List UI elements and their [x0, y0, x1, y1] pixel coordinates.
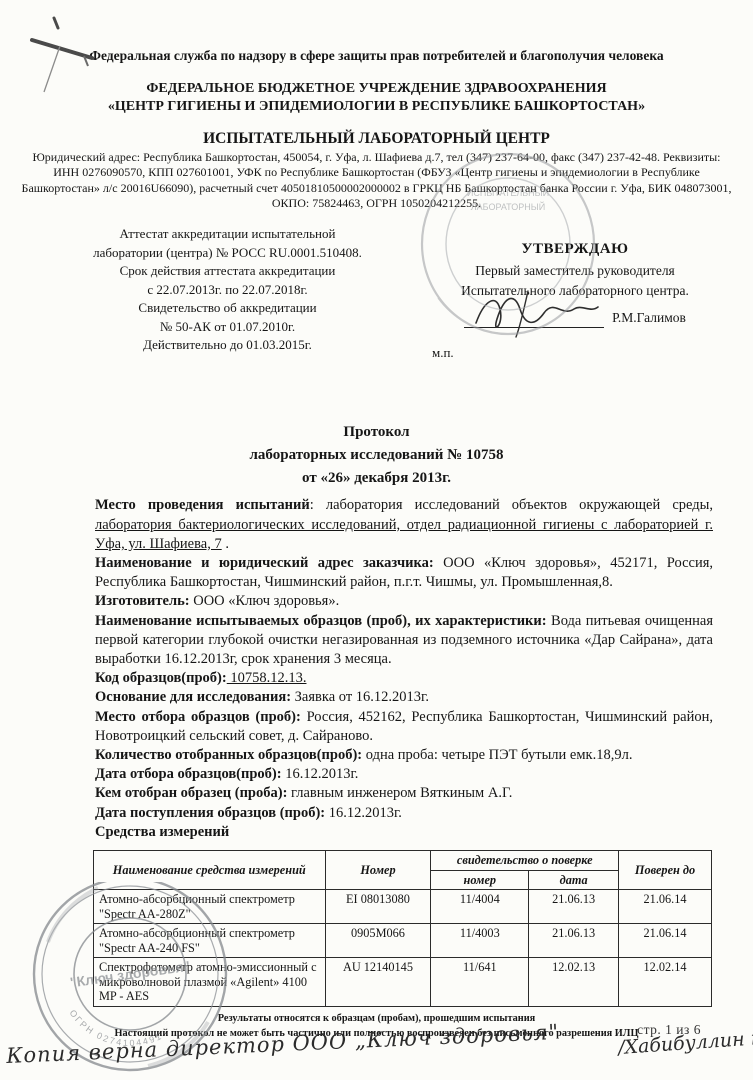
accreditation-block: Аттестат аккредитации испытательной лабо…: [55, 225, 400, 362]
field-receipt-date: Дата поступления образцов (проб): 16.12.…: [95, 804, 713, 823]
laboratory-center-name: ИСПЫТАТЕЛЬНЫЙ ЛАБОРАТОРНЫЙ ЦЕНТР: [0, 130, 753, 148]
field-sampled-by: Кем отобран образец (проба): главным инж…: [95, 784, 713, 803]
protocol-number-line: лабораторных исследований № 10758: [0, 444, 753, 467]
cell-cert-number: 11/4003: [431, 924, 529, 958]
accreditation-line: Действительно до 01.03.2015г.: [55, 336, 400, 354]
col-header-cert-date: дата: [529, 870, 619, 890]
field-manufacturer: Изготовитель: ООО «Ключ здоровья».: [95, 592, 713, 611]
director-signature-icon: [470, 283, 620, 338]
col-header-cert-number: номер: [431, 870, 529, 890]
seal-place-abbr: м.п.: [432, 344, 720, 363]
field-sample-code: Код образцов(проб): 10758.12.13.: [95, 669, 713, 688]
col-header-number: Номер: [325, 851, 431, 890]
cell-number: 0905M066: [325, 924, 431, 958]
table-header-row-1: Наименование средства измерений Номер св…: [94, 851, 712, 871]
accreditation-approval-section: Аттестат аккредитации испытательной лабо…: [0, 225, 753, 362]
cell-cert-number: 11/4004: [431, 890, 529, 924]
accreditation-line: № 50-АК от 01.07.2010г.: [55, 318, 400, 336]
field-samples-description: Наименование испытываемых образцов (проб…: [95, 612, 713, 670]
cell-cert-date: 21.06.13: [529, 890, 619, 924]
cell-number: AU 12140145: [325, 958, 431, 1007]
table-row: Спектрофотометр атомно-эмиссионный с мик…: [94, 958, 712, 1007]
col-header-cert-group: свидетельство о поверке: [431, 851, 619, 871]
protocol-title: Протокол: [0, 421, 753, 444]
protocol-body: Место проведения испытаний: лаборатория …: [95, 496, 713, 842]
instruments-heading: Средства измерений: [95, 823, 713, 842]
accreditation-line: Свидетельство об аккредитации: [55, 299, 400, 317]
approval-position-line1: Первый заместитель руководителя: [430, 261, 720, 281]
field-quantity: Количество отобранных образцов(проб): од…: [95, 746, 713, 765]
col-header-name: Наименование средства измерений: [94, 851, 326, 890]
cell-valid-until: 12.02.14: [619, 958, 712, 1007]
cell-valid-until: 21.06.14: [619, 890, 712, 924]
accreditation-line: с 22.07.2013г. по 22.07.2018г.: [55, 281, 400, 299]
table-row: Атомно-абсорбционный спектрометр "Spectr…: [94, 890, 712, 924]
col-header-valid-until: Поверен до: [619, 851, 712, 890]
field-basis: Основание для исследования: Заявка от 16…: [95, 688, 713, 707]
cell-cert-number: 11/641: [431, 958, 529, 1007]
protocol-date-line: от «26» декабря 2013г.: [0, 467, 753, 490]
accreditation-line: Аттестат аккредитации испытательной: [55, 225, 400, 243]
field-sampling-date: Дата отбора образцов(проб): 16.12.2013г.: [95, 765, 713, 784]
field-test-place: Место проведения испытаний: лаборатория …: [95, 496, 713, 554]
field-customer: Наименование и юридический адрес заказчи…: [95, 554, 713, 592]
protocol-title-block: Протокол лабораторных исследований № 107…: [0, 421, 753, 491]
signature-line: [464, 309, 604, 328]
cell-number: EI 08013080: [325, 890, 431, 924]
approver-name: Р.М.Галимов: [612, 308, 686, 328]
signature-row: Р.М.Галимов: [430, 308, 720, 328]
federal-service-line: Федеральная служба по надзору в сфере за…: [0, 0, 753, 64]
organization-line1: ФЕДЕРАЛЬНОЕ БЮДЖЕТНОЕ УЧРЕЖДЕНИЕ ЗДРАВОО…: [0, 80, 753, 98]
cell-instrument-name: Атомно-абсорбционный спектрометр "Spectr…: [94, 924, 326, 958]
cell-cert-date: 12.02.13: [529, 958, 619, 1007]
legal-address-requisites: Юридический адрес: Республика Башкортост…: [18, 150, 735, 211]
cell-valid-until: 21.06.14: [619, 924, 712, 958]
approval-title: УТВЕРЖДАЮ: [430, 225, 720, 261]
cell-instrument-name: Атомно-абсорбционный спектрометр "Spectr…: [94, 890, 326, 924]
field-sampling-place: Место отбора образцов (проб): Россия, 45…: [95, 708, 713, 746]
cell-cert-date: 21.06.13: [529, 924, 619, 958]
accreditation-line: лаборатории (центра) № РОСС RU.0001.5104…: [55, 244, 400, 262]
instruments-table: Наименование средства измерений Номер св…: [93, 850, 712, 1007]
accreditation-line: Срок действия аттестата аккредитации: [55, 262, 400, 280]
table-row: Атомно-абсорбционный спектрометр "Spectr…: [94, 924, 712, 958]
organization-line2: «ЦЕНТР ГИГИЕНЫ И ЭПИДЕМИОЛОГИИ В РЕСПУБЛ…: [0, 98, 753, 116]
cell-instrument-name: Спектрофотометр атомно-эмиссионный с мик…: [94, 958, 326, 1007]
organization-name: ФЕДЕРАЛЬНОЕ БЮДЖЕТНОЕ УЧРЕЖДЕНИЕ ЗДРАВОО…: [0, 80, 753, 117]
scanned-protocol-page: Федеральная служба по надзору в сфере за…: [0, 0, 753, 1080]
approval-block: УТВЕРЖДАЮ Первый заместитель руководител…: [430, 225, 720, 362]
